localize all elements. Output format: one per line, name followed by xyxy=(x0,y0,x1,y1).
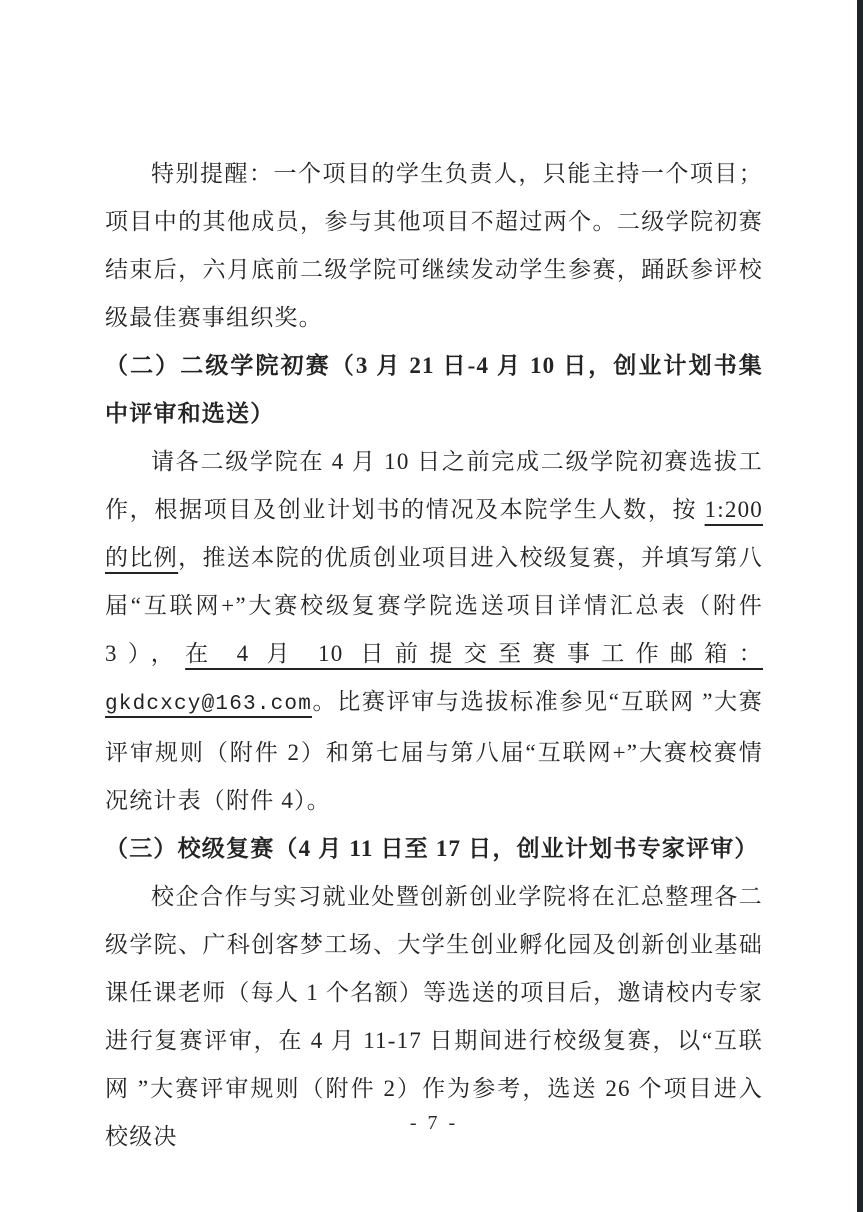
page-number: - 7 - xyxy=(105,1112,763,1135)
page-content: 特别提醒：一个项目的学生负责人，只能主持一个项目；项目中的其他成员，参与其他项目… xyxy=(105,150,763,1161)
deadline-underlined-text: 在 4 月 10 日前提交至赛事工作邮箱： xyxy=(185,641,763,666)
section2-paragraph: 请各二级学院在 4 月 10 日之前完成二级学院初赛选拔工作，根据项目及创业计划… xyxy=(105,438,763,825)
section3-heading: （三）校级复赛（4 月 11 日至 17 日，创业计划书专家评审） xyxy=(105,825,763,873)
scan-edge-artifact xyxy=(857,0,863,1212)
email-address: gkdcxcy@163.com xyxy=(105,693,312,716)
section2-heading: （二）二级学院初赛（3 月 21 日-4 月 10 日，创业计划书集中评审和选送… xyxy=(105,342,763,438)
document-page: 特别提醒：一个项目的学生负责人，只能主持一个项目；项目中的其他成员，参与其他项目… xyxy=(0,0,864,1212)
section2-text-a: 请各二级学院在 4 月 10 日之前完成二级学院初赛选拔工作，根据项目及创业计划… xyxy=(105,449,763,522)
notice-paragraph: 特别提醒：一个项目的学生负责人，只能主持一个项目；项目中的其他成员，参与其他项目… xyxy=(105,150,763,342)
